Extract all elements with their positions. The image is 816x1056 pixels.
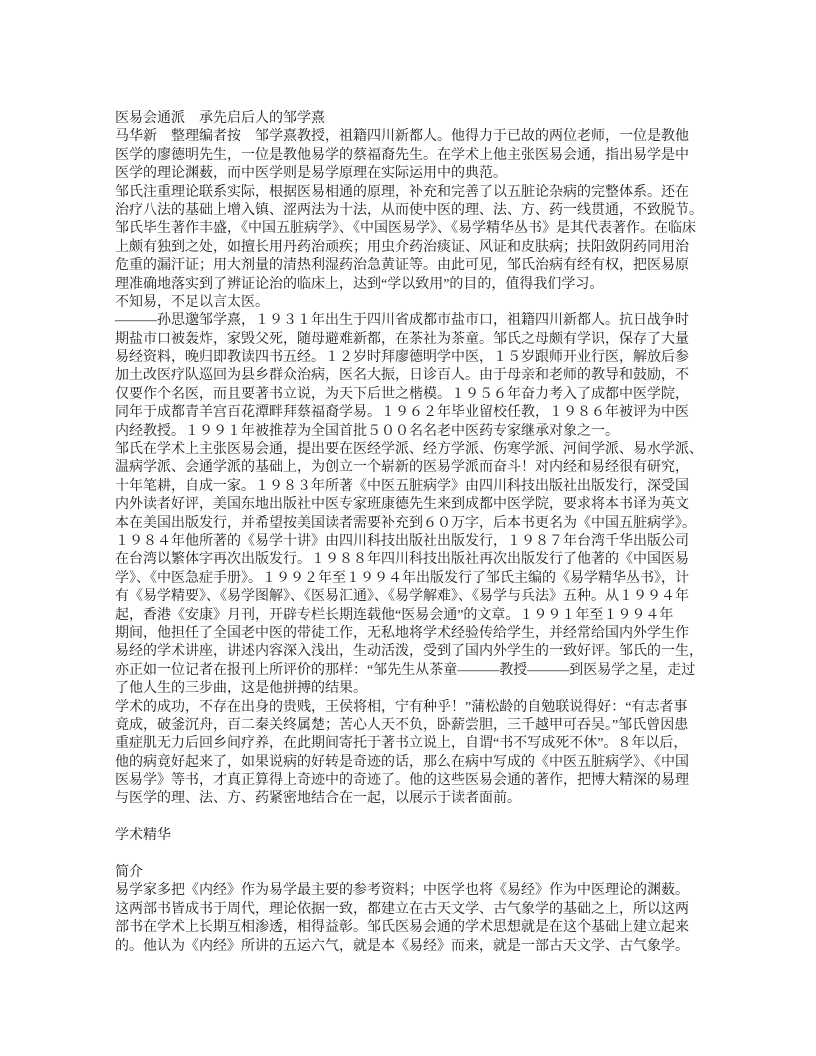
text-line: 学术的成功，不存在出身的贵贱，王侯将相，宁有种乎！”蒲松龄的自勉联说得好：“有志… (115, 699, 711, 717)
text-line: 上颇有独到之处，如擅长用丹药治顽疾；用虫介药治痰证、风证和皮肤病；扶阳敛阴药同用… (115, 239, 711, 257)
text-line: 本在美国出版发行，并希望按美国读者需要补充到６０万字，后本书更名为《中国五脏病学… (115, 515, 711, 533)
text-line: 邹氏注重理论联系实际，根据医易相通的原理，补充和完善了以五脏论杂病的完整体系。还… (115, 184, 711, 202)
text-line: 仅要作个名医，而且要著书立说，为天下后世之楷模。１９５６年奋力考入了成都中医学院… (115, 386, 711, 404)
text-line: 同年于成都青羊宫百花潭畔拜蔡福裔学易。１９６２年毕业留校任教，１９８６年被评为中… (115, 404, 711, 422)
text-line: 期盐市口被轰炸，家毁父死，随母避难新都，在茶社为茶童。邹氏之母颇有学识，保存了大… (115, 331, 711, 349)
text-line: 部书在学术上长期互相渗透，相得益彰。邹氏医易会通的学术思想就是在这个基础上建立起… (115, 919, 711, 937)
text-line: 的。他认为《内经》所讲的五运六气，就是本《易经》而来，就是一部古天文学、古气象学… (115, 938, 711, 956)
text-line: ———孙思邈邹学熹，１９３１年出生于四川省成都市盐市口，祖籍四川新都人。抗日战争… (115, 312, 711, 330)
biography-text: 马华新 整理编者按 邹学熹教授，祖籍四川新都人。他得力于已故的两位老师，一位是教… (115, 128, 711, 808)
text-line: 起，香港《安康》月刊，开辟专栏长期连载他“医易会通”的文章。１９９１年至１９９４… (115, 607, 711, 625)
text-line: 危重的漏汗证；用大剂量的清热利湿药治急黄证等。由此可见，邹氏治病有经有权，把医易… (115, 257, 711, 275)
text-line: 在台湾以繁体字再次出版发行。１９８８年四川科技出版社再次出版发行了他著的《中国医… (115, 551, 711, 569)
text-line: 竟成，破釜沉舟，百二秦关终属楚；苦心人天不负，卧薪尝胆，三千越甲可吞吴。”邹氏曾… (115, 717, 711, 735)
text-line: １９８４年他所著的《易学十讲》由四川科技出版社出版发行，１９８７年台湾千华出版公… (115, 533, 711, 551)
text-line: 十年笔耕，自成一家。１９８３年所著《中医五脏病学》由四川科技出版社出版发行，深受… (115, 478, 711, 496)
text-line: 马华新 整理编者按 邹学熹教授，祖籍四川新都人。他得力于已故的两位老师，一位是教… (115, 128, 711, 146)
section-heading: 学术精华 (115, 827, 711, 845)
text-line: 学》、《中医急症手册》。１９９２年至１９９４年出版发行了邹氏主编的《易学精华丛书… (115, 570, 711, 588)
text-line: 温病学派、会通学派的基础上，为创立一个崭新的医易学派而奋斗！对内经和易经很有研究… (115, 459, 711, 477)
text-line: 内外读者好评，美国东地出版社中医专家班康德先生来到成都中医学院，要求将本书译为英… (115, 496, 711, 514)
text-line: 医学的理论渊薮，而中医学则是易学原理在实际运用中的典范。 (115, 165, 711, 183)
document-title: 医易会通派 承先启后人的邹学熹 (115, 110, 711, 128)
text-line: 期间，他担任了全国老中医的带徒工作，无私地将学术经验传给学生，并经常给国内外学生… (115, 625, 711, 643)
text-line: 治疗八法的基础上增入镇、涩两法为十法，从而使中医的理、法、方、药一线贯通，不致脱… (115, 202, 711, 220)
text-line: 邹氏在学术上主张医易会通，提出要在医经学派、经方学派、伤寒学派、河间学派、易水学… (115, 441, 711, 459)
text-line: 这两部书皆成书于周代，理论依据一致，都建立在古天文学、古气象学的基础之上，所以这… (115, 901, 711, 919)
text-line: 亦正如一位记者在报刊上所评价的那样：“邹先生从茶童———教授———到医易学之星，… (115, 662, 711, 680)
text-line: 邹氏毕生著作丰盛，《中国五脏病学》、《中国医易学》、《易学精华丛书》是其代表著作… (115, 220, 711, 238)
text-line: 医易学》等书，才真正算得上奇迹中的奇迹了。他的这些医易会通的著作，把博大精深的易… (115, 772, 711, 790)
text-line: 易经的学术讲座，讲述内容深入浅出，生动活泼，受到了国内外学生的一致好评。邹氏的一… (115, 643, 711, 661)
text-line: 重症肌无力后回乡间疗养，在此期间寄托于著书立说上，自谓“书不写成死不休”。８年以… (115, 735, 711, 753)
text-line: 不知易，不足以言太医。 (115, 294, 711, 312)
text-line: 理准确地落实到了辨证论治的临床上，达到“学以致用”的目的，值得我们学习。 (115, 276, 711, 294)
text-line: 有《易学精要》、《易学图解》、《医易汇通》、《易学解难》、《易学与兵法》五种。从… (115, 588, 711, 606)
text-line: 他的病竟好起来了，如果说病的好转是奇迹的话，那么在病中写成的《中医五脏病学》、《… (115, 754, 711, 772)
text-line: 与医学的理、法、方、药紧密地结合在一起，以展示于读者面前。 (115, 790, 711, 808)
text-line: 易经资料，晚归即教读四书五经。１２岁时拜廖德明学中医，１５岁跟师开业行医，解放后… (115, 349, 711, 367)
text-line: 易学家多把《内经》作为易学最主要的参考资料；中医学也将《易经》作为中医理论的渊薮… (115, 882, 711, 900)
text-line: 了他人生的三步曲，这是他拼搏的结果。 (115, 680, 711, 698)
document-body: 医易会通派 承先启后人的邹学熹 马华新 整理编者按 邹学熹教授，祖籍四川新都人。… (115, 110, 711, 956)
intro-text: 易学家多把《内经》作为易学最主要的参考资料；中医学也将《易经》作为中医理论的渊薮… (115, 882, 711, 956)
document-page: 医易会通派 承先启后人的邹学熹 马华新 整理编者按 邹学熹教授，祖籍四川新都人。… (0, 0, 816, 1056)
text-line: 医学的廖德明先生，一位是教他易学的蔡福裔先生。在学术上他主张医易会通，指出易学是… (115, 147, 711, 165)
text-line: 加土改医疗队巡回为县乡群众治病，医名大振，日诊百人。由于母亲和老师的教导和鼓励，… (115, 367, 711, 385)
subsection-heading: 简介 (115, 864, 711, 882)
text-line: 内经教授。１９９１年被推荐为全国首批５００名名老中医药专家继承对象之一。 (115, 423, 711, 441)
